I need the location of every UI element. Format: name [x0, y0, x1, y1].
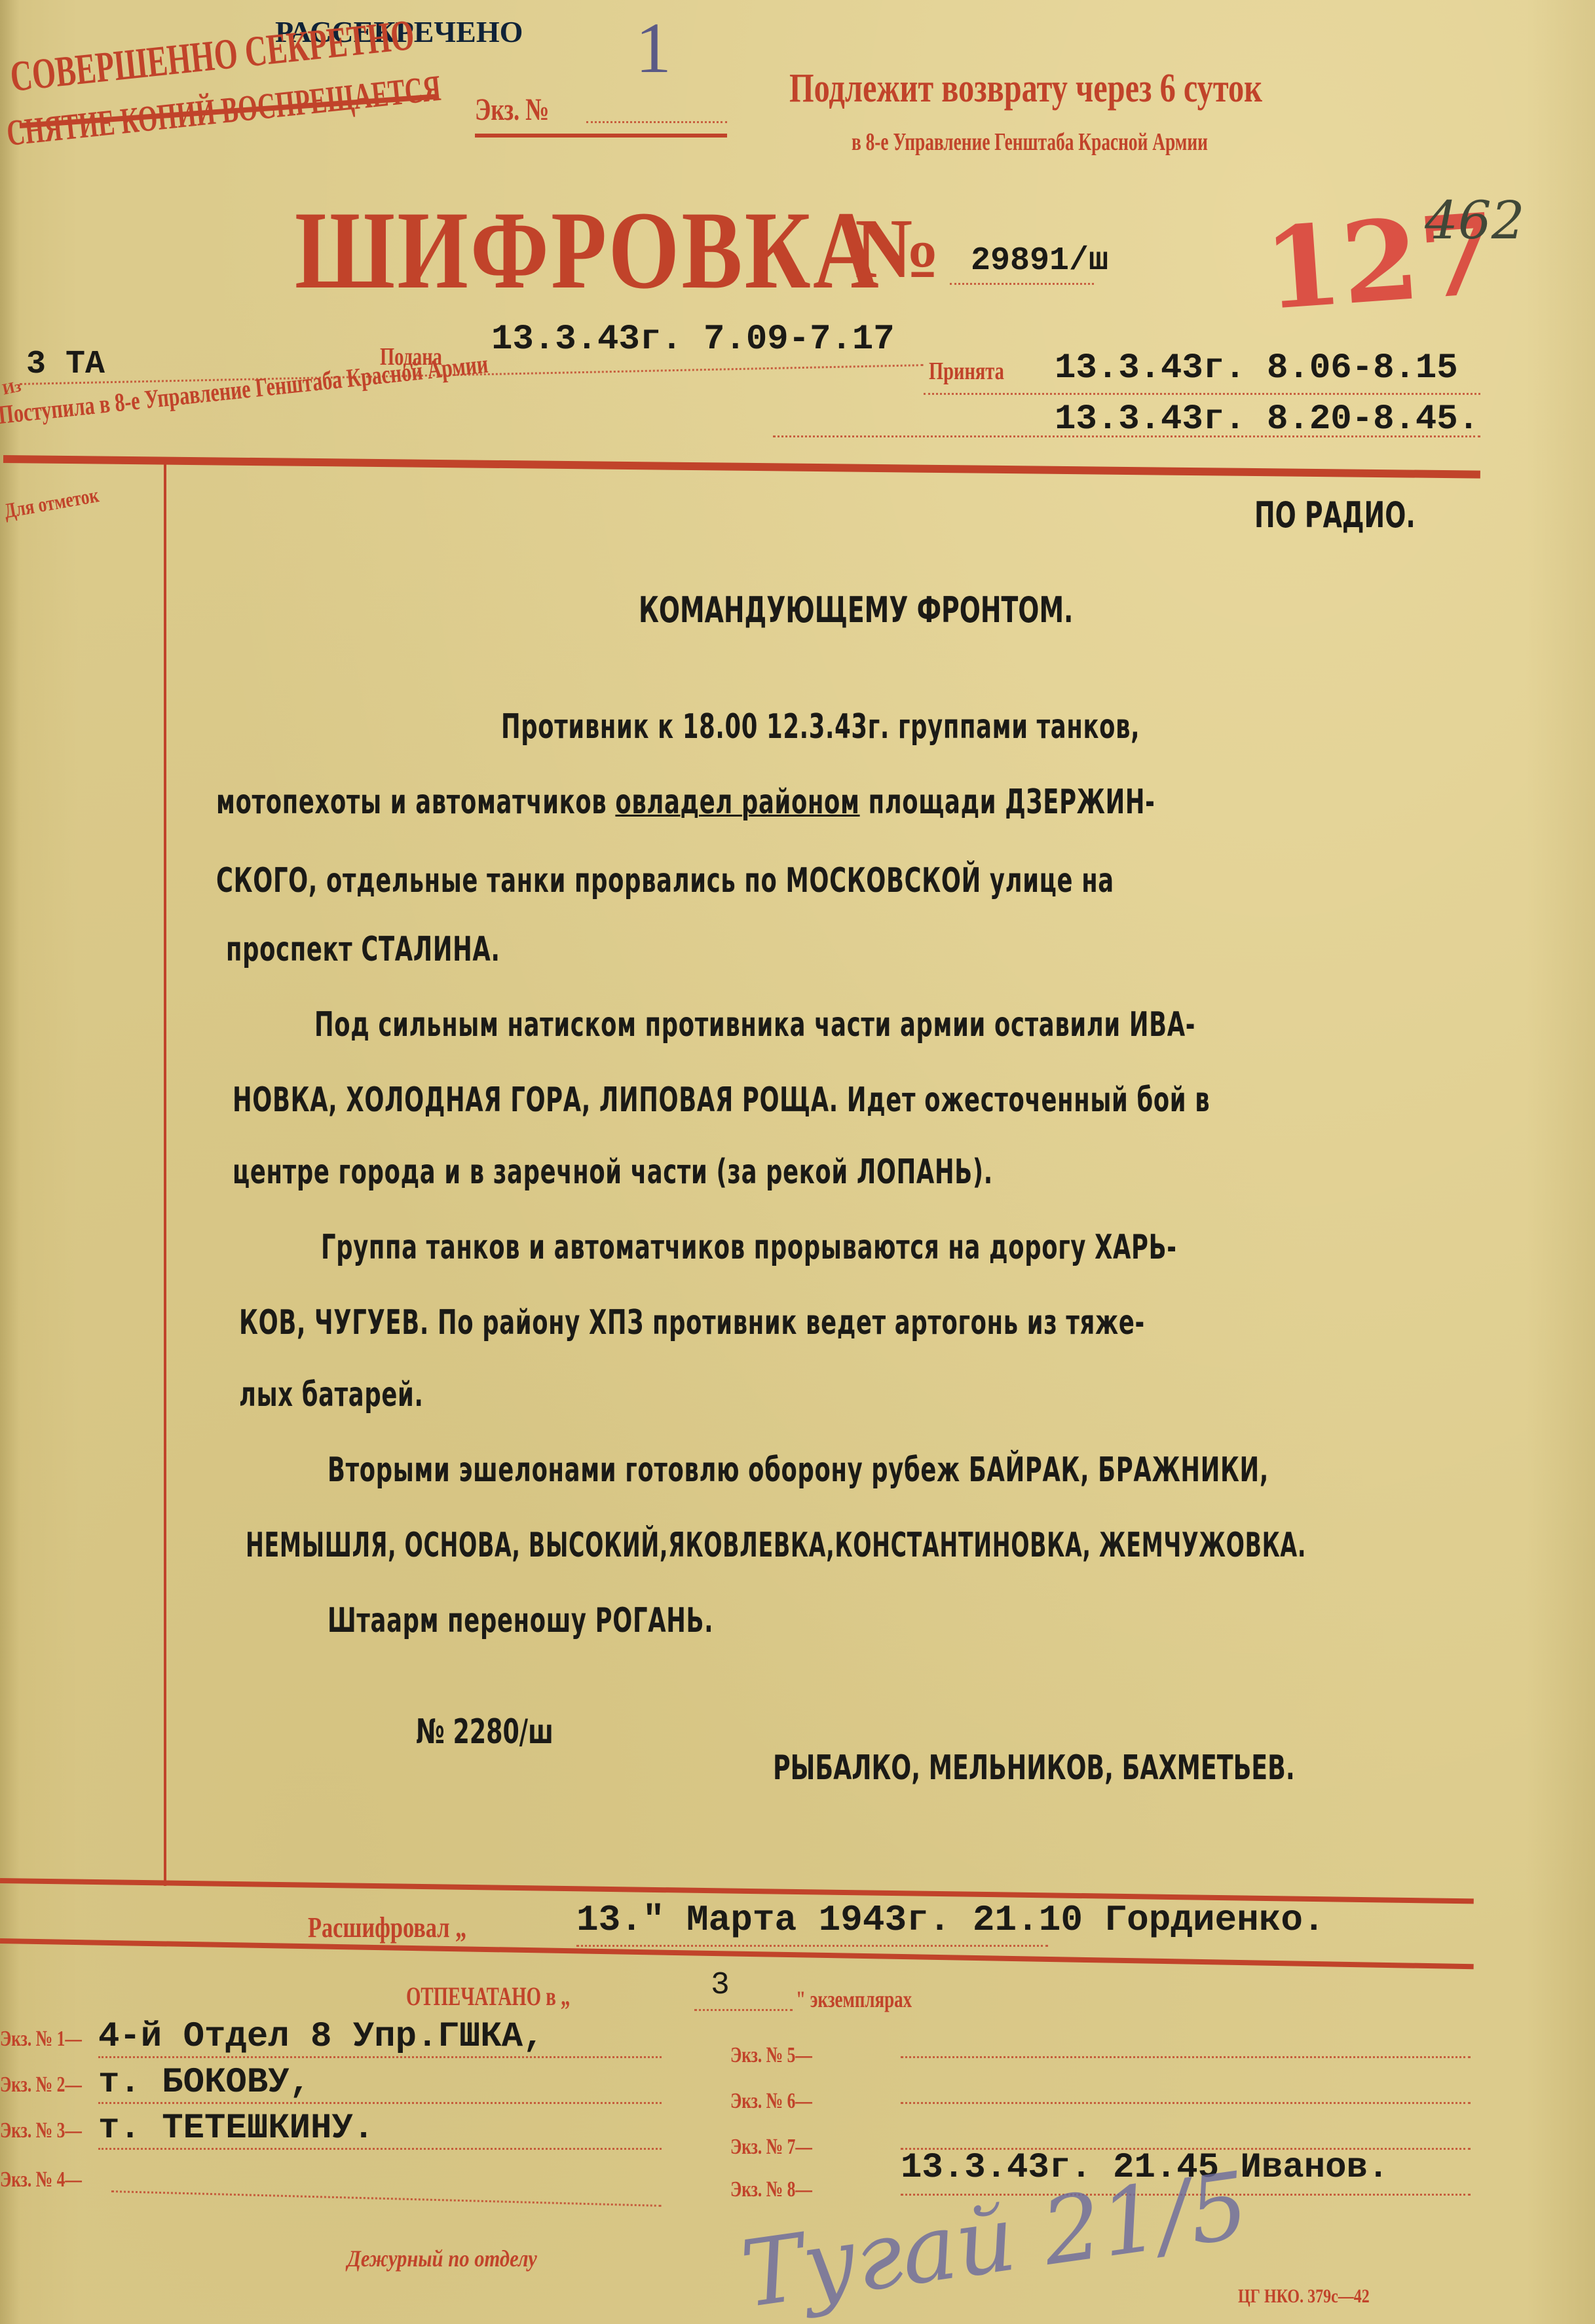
margin-divider — [164, 458, 166, 1886]
copy-label: Экз. № 8— — [730, 2177, 804, 2202]
copy-row-1: Экз. № 1—4-й Отдел 8 Упр.ГШКА, — [0, 2017, 544, 2057]
number-sign: № — [855, 200, 941, 298]
copy-line-5 — [901, 2056, 1471, 2058]
copy-row-3: Экз. № 3—т. ТЕТЕШКИНУ. — [0, 2109, 374, 2149]
copy-number-label: Экз. № — [475, 92, 549, 128]
printed-count-line — [694, 2009, 793, 2011]
copy-label: Экз. № 4— — [0, 2167, 74, 2192]
message-line: лых батарей. — [239, 1375, 424, 1414]
message-line: Под сильным натиском противника части ар… — [314, 1005, 1195, 1044]
message-line: КОВ, ЧУГУЕВ. По району ХПЗ противник вед… — [239, 1303, 1145, 1342]
copy-row-6: Экз. № 6— — [730, 2079, 829, 2119]
pencil-mark: 462 — [1425, 190, 1525, 251]
copy-row-4: Экз. № 4— — [0, 2158, 98, 2198]
message-line: центре города и в заречной части (за рек… — [233, 1153, 993, 1192]
copy-recipient: т. БОКОВУ, — [98, 2063, 310, 2103]
copy-line-2 — [98, 2102, 662, 2104]
handwritten-sheet-number: 1 — [635, 7, 671, 90]
copy-label: Экз. № 6— — [730, 2089, 804, 2114]
printed-count: 3 — [711, 1968, 730, 2003]
copy-recipient: 4-й Отдел 8 Упр.ГШКА, — [98, 2017, 544, 2057]
message-line: Группа танков и автоматчиков прорываются… — [321, 1228, 1177, 1267]
message-line: Противник к 18.00 12.3.43г. группами тан… — [501, 707, 1140, 747]
return-notice: Подлежит возврату через 6 суток — [789, 65, 1262, 112]
copy-row-2: Экз. № 2—т. БОКОВУ, — [0, 2063, 310, 2103]
copy-row-7: Экз. № 7— — [730, 2125, 829, 2165]
printed-label: ОТПЕЧАТАНО в „ — [406, 1981, 570, 2012]
sender-prefix: Из — [1, 378, 23, 399]
message-line: Штаарм переношу РОГАНЬ. — [328, 1601, 713, 1640]
copy-label: Экз. № 1— — [0, 2027, 74, 2052]
message-line: проспект СТАЛИНА. — [226, 930, 500, 969]
footer-mid-rule — [0, 1938, 1474, 1969]
sender-unit: 3 ТА — [26, 346, 105, 383]
received-line — [773, 435, 1480, 437]
copy-number-field — [586, 121, 727, 123]
copy-recipient: т. ТЕТЕШКИНУ. — [98, 2109, 374, 2149]
copy-line-1 — [98, 2056, 662, 2058]
cipher-number: 29891/ш — [971, 242, 1108, 280]
message-line: НЕМЫШЛЯ, ОСНОВА, ВЫСОКИЙ,ЯКОВЛЕВКА,КОНСТ… — [246, 1526, 1306, 1565]
copy-row-5: Экз. № 5— — [730, 2033, 829, 2073]
form-code: ЦГ НКО. 379с—42 — [1238, 2285, 1370, 2308]
copy-line-3 — [98, 2148, 662, 2150]
copy-line-4 — [111, 2190, 662, 2207]
outgoing-number: № 2280/ш — [416, 1712, 554, 1752]
accepted-label: Принята — [929, 357, 1004, 386]
copy-label: Экз. № 7— — [730, 2135, 804, 2160]
decoded-label: Расшифровал „ — [308, 1911, 466, 1944]
received-value: 13.3.43г. 8.20-8.45. — [1055, 399, 1479, 439]
copy-number-underline — [475, 134, 727, 138]
accepted-line — [924, 393, 1480, 395]
addressee: КОМАНДУЮЩЕМУ ФРОНТОМ. — [639, 589, 1073, 631]
underlined-phrase: овладел районом — [615, 783, 859, 822]
return-destination: в 8-е Управление Генштаба Красной Армии — [852, 128, 1208, 157]
message-line: Вторыми эшелонами готовлю оборону рубеж … — [328, 1450, 1269, 1490]
header-frame-rule — [3, 455, 1480, 479]
decoded-line — [576, 1945, 1048, 1947]
copy-label: Экз. № 3— — [0, 2118, 74, 2143]
decoded-value: 13." Марта 1943г. 21.10 Гордиенко. — [576, 1899, 1325, 1941]
copy-label: Экз. № 2— — [0, 2073, 74, 2097]
accepted-value: 13.3.43г. 8.06-8.15 — [1055, 348, 1458, 388]
cipher-number-underline — [950, 283, 1094, 285]
message-line: СКОГО, отдельные танки прорвались по МОС… — [216, 861, 1114, 900]
document-type-title: ШИФРОВКА — [295, 187, 881, 314]
signatories: РЫБАЛКО, МЕЛЬНИКОВ, БАХМЕТЬЕВ. — [773, 1748, 1295, 1788]
printed-suffix: " экземплярах — [796, 1985, 912, 2013]
message-line: НОВКА, ХОЛОДНАЯ ГОРА, ЛИПОВАЯ РОЩА. Идет… — [233, 1080, 1210, 1120]
duty-officer-label: Дежурный по отделу — [347, 2245, 537, 2272]
margin-label: Для отметок — [3, 483, 101, 523]
copy-label: Экз. № 5— — [730, 2043, 804, 2068]
filed-value: 13.3.43г. 7.09-7.17 — [491, 320, 895, 360]
copy-line-6 — [901, 2102, 1471, 2104]
transmission-method: ПО РАДИО. — [1254, 494, 1416, 536]
message-line: мотопехоты и автоматчиков овладел районо… — [216, 783, 1155, 822]
